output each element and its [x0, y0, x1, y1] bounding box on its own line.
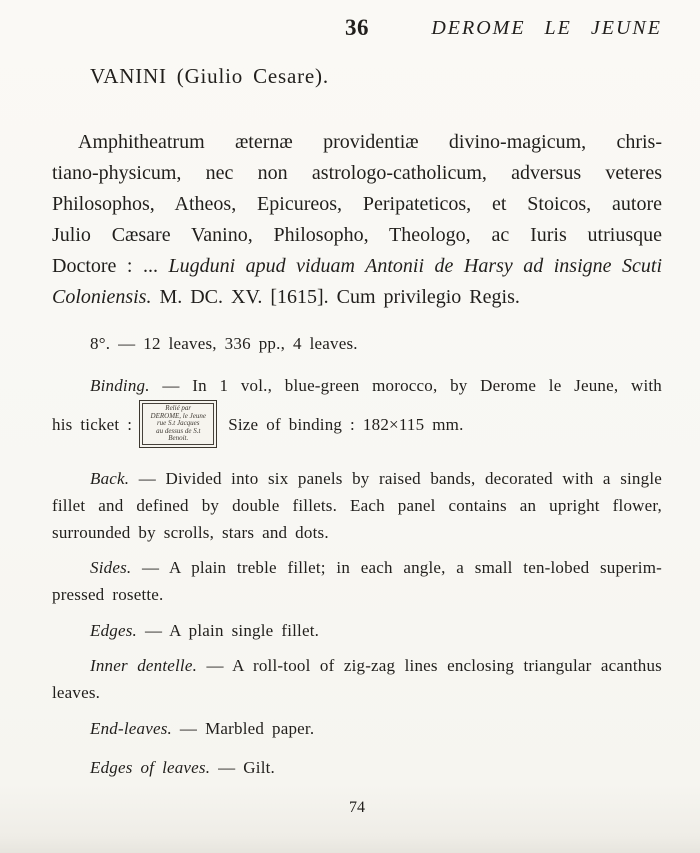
sides-line-1: Sides. — A plain treble fillet; in each … [52, 554, 662, 581]
latin-title-paragraph: Amphitheatrum æternæ providentiæ divino-… [52, 127, 662, 313]
binding-label: Binding. [90, 376, 150, 395]
text-block: 36 DEROME LE JEUNE VANINI (Giulio Cesare… [0, 0, 700, 819]
page-header: 36 DEROME LE JEUNE [52, 14, 662, 42]
book-page: 36 DEROME LE JEUNE VANINI (Giulio Cesare… [0, 0, 700, 853]
page-footer: 74 [52, 797, 662, 819]
binding-section: Binding. — In 1 vol., blue-green morocco… [52, 372, 662, 449]
title-date-roman: M. DC. XV. [1615]. Cum privilegio Regis. [151, 286, 519, 308]
inner-dentelle-line-2: leaves. [52, 679, 662, 706]
binding-text-1: — In 1 vol., blue-green morocco, by Dero… [150, 376, 662, 395]
back-line-1: Back. — Divided into six panels by raise… [52, 465, 662, 492]
binding-line-1: Binding. — In 1 vol., blue-green morocco… [52, 372, 662, 399]
end-leaves-text: — Marbled paper. [172, 719, 314, 738]
edges-section: Edges. — A plain single fillet. [52, 617, 662, 644]
sides-line-2: pressed rosette. [52, 581, 662, 608]
sides-text-1: — A plain treble fillet; in each angle, … [131, 558, 662, 577]
end-leaves-label: End-leaves. [90, 719, 172, 738]
inner-dentelle-text-1: — A roll-tool of zig-zag lines enclosing… [197, 656, 662, 675]
back-text-1: — Divided into six panels by raised band… [129, 469, 662, 488]
edges-of-leaves-text: — Gilt. [210, 758, 275, 777]
edges-of-leaves-section: Edges of leaves. — Gilt. [52, 754, 662, 781]
title-line-5: Doctore : ... Lugduni apud viduam Antoni… [52, 251, 662, 282]
back-section: Back. — Divided into six panels by raise… [52, 465, 662, 546]
title-imprint-italic: Lugduni apud viduam Antonii de Harsy ad … [168, 255, 662, 277]
edges-label: Edges. [90, 621, 137, 640]
back-label: Back. [90, 469, 129, 488]
inner-dentelle-label: Inner dentelle. [90, 656, 197, 675]
running-title: DEROME LE JEUNE [431, 14, 662, 42]
page-number-bottom: 74 [349, 799, 365, 816]
size-of-binding-text: Size of binding : 182×115 mm. [228, 411, 463, 438]
title-line-3: Philosophos, Atheos, Epicureos, Peripate… [52, 189, 662, 220]
title-line-4: Julio Cæsare Vanino, Philosopho, Theolog… [52, 220, 662, 251]
inner-dentelle-line-1: Inner dentelle. — A roll-tool of zig-zag… [52, 652, 662, 679]
end-leaves-section: End-leaves. — Marbled paper. [52, 715, 662, 742]
ticket-line-5: Benoit. [143, 435, 213, 443]
collation-line: 8°. — 12 leaves, 336 pp., 4 leaves. [52, 330, 662, 357]
edges-of-leaves-label: Edges of leaves. [90, 758, 210, 777]
entry-heading: VANINI (Giulio Cesare). [52, 63, 662, 90]
binding-ticket-row: his ticket : Relié par DEROME, le Jeune … [52, 399, 662, 449]
title-line-1: Amphitheatrum æternæ providentiæ divino-… [52, 127, 662, 158]
binder-ticket-text: Relié par DEROME, le Jeune rue S.t Jacqu… [142, 403, 214, 445]
binder-ticket: Relié par DEROME, le Jeune rue S.t Jacqu… [139, 400, 217, 448]
back-line-2: fillet and defined by double fillets. Ea… [52, 492, 662, 519]
edges-text: — A plain single fillet. [137, 621, 319, 640]
inner-dentelle-section: Inner dentelle. — A roll-tool of zig-zag… [52, 652, 662, 706]
ticket-prefix-text: his ticket : [52, 411, 132, 438]
title-line-6: Coloniensis. M. DC. XV. [1615]. Cum priv… [52, 282, 662, 313]
back-line-3: surrounded by scrolls, stars and dots. [52, 519, 662, 546]
title-line-2: tiano-physicum, nec non astrologo-cathol… [52, 158, 662, 189]
title-imprint-italic-end: Coloniensis. [52, 286, 151, 308]
sides-section: Sides. — A plain treble fillet; in each … [52, 554, 662, 608]
sides-label: Sides. [90, 558, 131, 577]
title-line-5-roman: Doctore : ... [52, 255, 168, 277]
